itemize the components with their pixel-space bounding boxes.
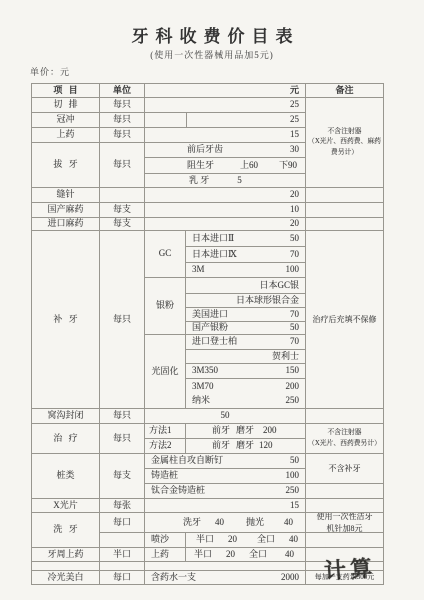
sub-price: 50: [290, 323, 299, 333]
empty-remark-cell: [306, 218, 384, 231]
unit-note: 单价：元: [30, 65, 70, 78]
sub-row: 阻生牙 上60 下90: [145, 158, 306, 174]
sub-label: 3M: [192, 265, 205, 275]
group-label-lightcure: 光固化: [145, 335, 186, 409]
sub-row: 前后牙齿 30: [145, 143, 306, 158]
sub-label: 喷沙: [145, 533, 186, 548]
remark-anesthesia-group: 不含注射器 （X光片、西药费、麻药费另计）: [306, 98, 384, 188]
page-title: 牙科收费价目表: [0, 22, 424, 47]
sub-price: 20: [228, 535, 237, 545]
empty-cell: [100, 562, 145, 571]
sub-price: 200: [286, 382, 300, 392]
item-unit: 每只: [100, 424, 145, 454]
scan-artifact-line: [186, 113, 187, 128]
item-unit: 每支: [100, 203, 145, 218]
empty-cell: [32, 562, 100, 571]
sub-row: 金属柱自攻自断钉 50: [145, 454, 306, 469]
item-unit: 每口: [100, 571, 145, 585]
item-unit: 每只: [100, 98, 145, 113]
sub-price: 250: [286, 486, 300, 496]
empty-remark-cell: [306, 499, 384, 513]
sub-label: 全口: [257, 535, 275, 545]
item-name: 上药: [32, 128, 100, 143]
item-name: 冠冲: [32, 113, 100, 128]
tooth-type: 磨牙: [236, 426, 254, 436]
sub-label: 阻生牙: [187, 161, 214, 171]
item-unit: 每支: [100, 454, 145, 499]
remark-treatment: 不含注射器 （X光片、西药费另计）: [306, 424, 384, 454]
sub-row: 前牙 磨牙 200: [186, 424, 306, 439]
sub-price-upper: 上60: [240, 161, 258, 171]
sub-label: 日本GC银: [186, 278, 306, 294]
item-unit: 每只: [100, 113, 145, 128]
empty-unit-cell: [100, 533, 145, 548]
sub-row: 洗牙 40 抛光 40: [145, 513, 306, 533]
sub-label: 3M70: [192, 382, 214, 392]
group-label-silver: 银粉: [145, 278, 186, 335]
scanned-price-sheet: 牙科收费价目表 (使用一次性器械用品加5元) 单价：元 项 目 单位 元 备注 …: [0, 0, 424, 600]
header-item: 项 目: [32, 84, 100, 98]
item-name: 进口麻药: [32, 218, 100, 231]
sub-price: 40: [289, 535, 298, 545]
sub-label: 含药水一支: [151, 573, 196, 583]
sub-row: 半口 20 全口 40: [186, 533, 306, 548]
item-name: 缝针: [32, 188, 100, 203]
item-price: 25: [145, 98, 306, 113]
method-label: 方法2: [145, 439, 186, 454]
sub-price: 100: [286, 265, 300, 275]
sub-price: 100: [286, 471, 300, 481]
sub-label: 前后牙齿: [187, 145, 223, 155]
sub-label: 日本球形银合金: [186, 294, 306, 308]
empty-remark-cell: [306, 409, 384, 424]
item-unit: 每只: [100, 143, 145, 188]
sub-price: 30: [290, 145, 305, 155]
item-name: 切 排: [32, 98, 100, 113]
sub-label: 美国进口: [192, 310, 228, 320]
sub-label: 抛光: [246, 518, 264, 528]
remark-filling: 治疗后充填不保修: [306, 231, 384, 409]
item-name: 拔 牙: [32, 143, 100, 188]
sub-price: 20: [226, 550, 235, 560]
sub-price-lower: 下90: [279, 161, 305, 171]
header-price: 元: [145, 84, 306, 98]
item-name: 补 牙: [32, 231, 100, 409]
sub-price: 50: [290, 234, 299, 244]
sub-price: 40: [284, 518, 293, 528]
sub-row: 日本进口Ⅸ 70: [186, 247, 306, 263]
sub-label: 钛合金铸造桩: [151, 486, 205, 496]
empty-remark-cell: [306, 533, 384, 548]
page-subtitle: (使用一次性器械用品加5元): [0, 48, 424, 61]
sub-label: 洗牙: [183, 518, 201, 528]
tooth-type: 前牙: [212, 441, 230, 451]
sub-price: 40: [215, 518, 224, 528]
remark-scaling: 使用一次性洁牙 机针加8元: [306, 513, 384, 533]
sub-label: 半口: [196, 535, 214, 545]
item-unit: 每支: [100, 218, 145, 231]
method-label: 方法1: [145, 424, 186, 439]
sub-label: 金属柱自攻自断钉: [151, 456, 223, 466]
sub-row: 乳 牙 5: [145, 174, 306, 188]
sub-price: 40: [285, 550, 294, 560]
empty-remark-cell: [306, 203, 384, 218]
sub-row: 铸造桩 100: [145, 469, 306, 484]
sub-label: 乳 牙: [189, 176, 209, 186]
remark-post: 不含补牙: [306, 454, 384, 484]
sub-price: 5: [237, 176, 242, 186]
sub-label: 全口: [249, 550, 267, 560]
header-unit: 单位: [100, 84, 145, 98]
item-name: X光片: [32, 499, 100, 513]
item-name: 冷光美白: [32, 571, 100, 585]
item-price: 50: [145, 409, 306, 424]
sub-label: 日本进口Ⅱ: [192, 234, 234, 244]
sub-label: 铸造桩: [151, 471, 178, 481]
sub-label: 国产银粉: [192, 323, 228, 333]
item-name: 牙周上药: [32, 548, 100, 562]
handwriting-stamp: 计算: [323, 551, 377, 586]
sub-row: 含药水一支 2000: [145, 571, 306, 585]
sub-row: 美国进口 70: [186, 308, 306, 322]
tooth-type: 磨牙: [236, 441, 254, 451]
item-unit: 每口: [100, 513, 145, 533]
price-table: 项 目 单位 元 备注 切 排 每只 25 不含注射器 （X光片、西药费、麻药费…: [31, 83, 384, 585]
sub-row: 半口 20 全口 40: [186, 548, 306, 562]
sub-price: 200: [263, 426, 277, 436]
tooth-type: 前牙: [212, 426, 230, 436]
sub-row: 国产银粉 50: [186, 322, 306, 335]
item-name: 窝沟封闭: [32, 409, 100, 424]
item-name: 治 疗: [32, 424, 100, 454]
sub-price: 2000: [281, 573, 299, 583]
sub-price: 150: [286, 366, 300, 376]
sub-row: 进口登士柏 70: [186, 335, 306, 350]
item-name: 桩类: [32, 454, 100, 499]
sub-price: 120: [259, 441, 273, 451]
item-price: 20: [145, 218, 306, 231]
empty-unit-cell: [100, 188, 145, 203]
empty-remark-cell: [306, 188, 384, 203]
sub-label: 贺利士: [186, 350, 306, 364]
item-price: 15: [145, 499, 306, 513]
sub-label: 半口: [194, 550, 212, 560]
sub-label: 上药: [145, 548, 186, 562]
sub-row-double: 3M70 200 纳米 250: [186, 379, 306, 409]
sub-label: 纳米: [192, 396, 210, 406]
item-price: 15: [145, 128, 306, 143]
sub-price: 250: [286, 396, 300, 406]
item-unit: 每张: [100, 499, 145, 513]
item-unit: 每只: [100, 409, 145, 424]
item-unit: 半口: [100, 548, 145, 562]
item-name: 洗 牙: [32, 513, 100, 548]
item-unit: 每只: [100, 128, 145, 143]
item-name: 国产麻药: [32, 203, 100, 218]
sub-price: 50: [290, 456, 299, 466]
empty-cell: [145, 562, 306, 571]
sub-row: 3M350 150: [186, 364, 306, 379]
group-label-gc: GC: [145, 231, 186, 278]
sub-row: 日本进口Ⅱ 50: [186, 231, 306, 247]
item-price: 20: [145, 188, 306, 203]
sub-row: 3M 100: [186, 263, 306, 278]
sub-price: 70: [290, 337, 299, 347]
item-price: 10: [145, 203, 306, 218]
sub-label: 进口登士柏: [192, 337, 237, 347]
empty-remark-cell: [306, 484, 384, 499]
sub-row: 前牙 磨牙 120: [186, 439, 306, 454]
sub-row: 钛合金铸造桩 250: [145, 484, 306, 499]
sub-price: 70: [290, 250, 299, 260]
sub-label: 日本进口Ⅸ: [192, 250, 237, 260]
header-remark: 备注: [306, 84, 384, 98]
item-price: 25: [145, 113, 306, 128]
sub-label: 3M350: [192, 366, 218, 376]
item-unit: 每只: [100, 231, 145, 409]
sub-price: 70: [290, 310, 299, 320]
